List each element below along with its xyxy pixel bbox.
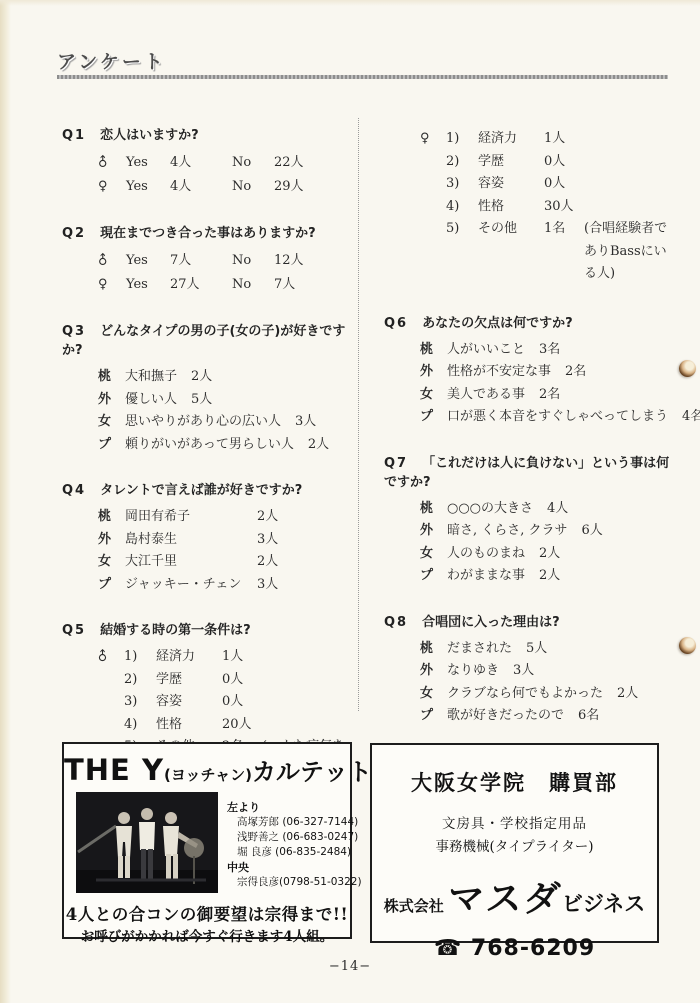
q7-heading: Q7「これだけは人に負けない」という事は何ですか? <box>384 452 672 490</box>
answer-text: なりゆき <box>447 663 499 678</box>
q5-female-item: 5)その他1名(合唱経験者でありBassにいる人) <box>384 218 672 286</box>
option-number: 1) <box>446 128 478 151</box>
answer-text: 優しい人 <box>125 392 177 407</box>
members-caption-center: 中央 <box>227 860 362 875</box>
yes-count: 7人 <box>170 249 232 273</box>
option-count: 1人 <box>222 646 258 669</box>
yes-label: Yes <box>126 249 170 273</box>
phone-icon: ☎ <box>434 936 462 961</box>
option-label: 経済力 <box>478 128 544 151</box>
spacer <box>98 669 124 692</box>
q4-text: タレントで言えば誰が好きですか? <box>100 483 302 498</box>
answer-text: だまされた <box>447 641 512 656</box>
answer-count: 3名 <box>539 342 560 357</box>
q3-answer-row: 桃大和撫子2人 <box>62 366 355 389</box>
group-tag: プ <box>420 406 447 429</box>
answer-count: 3人 <box>513 663 534 678</box>
answer-count: 2人 <box>539 546 560 561</box>
q7-text: 「これだけは人に負けない」という事は何ですか? <box>384 456 669 490</box>
option-count: 0人 <box>222 669 258 692</box>
spacer <box>98 691 124 714</box>
option-number: 2) <box>124 669 156 692</box>
page-number: −14− <box>0 959 700 974</box>
yes-label: Yes <box>126 273 170 297</box>
answer-count: 2人 <box>257 554 278 569</box>
answer-text: 思いやりがあり心の広い人 <box>125 414 281 429</box>
group-tag: 桃 <box>420 638 447 661</box>
answer-count: 2人 <box>191 369 212 384</box>
option-label: 経済力 <box>156 646 222 669</box>
answer-count: 6人 <box>582 523 603 538</box>
q7-label: Q7 <box>384 456 408 471</box>
q2-male-row: ♂Yes7人No12人 <box>62 249 355 273</box>
group-tag: 桃 <box>420 339 447 362</box>
title-underline <box>57 75 668 79</box>
question-q2: Q2現在までつき合った事はありますか? ♂Yes7人No12人 ♀Yes27人N… <box>62 222 355 297</box>
q5-male-item: 2)学歴0人 <box>62 669 355 692</box>
group-tag: 外 <box>98 529 125 552</box>
no-count: 12人 <box>274 253 304 268</box>
group-tag: プ <box>420 705 447 728</box>
q4-heading: Q4タレントで言えば誰が好きですか? <box>62 479 355 498</box>
quartet-members-list: 左より 高塚芳郎 (06-327-7144) 浅野善之 (06-683-0247… <box>227 792 362 893</box>
scan-edge-shadow-top <box>0 0 700 6</box>
answer-count: 2名 <box>539 387 560 402</box>
group-tag: 外 <box>420 361 447 384</box>
scan-edge-shadow-left <box>0 0 11 1003</box>
group-tag: 外 <box>420 660 447 683</box>
group-tag: プ <box>98 574 125 597</box>
q7-answer-row: 桃○○○の大きさ4人 <box>384 498 672 521</box>
brand-name: マスダ <box>446 871 564 922</box>
q6-answer-row: 外性格が不安定な事2名 <box>384 361 672 384</box>
q8-answer-row: プ歌が好きだったので6名 <box>384 705 672 728</box>
ad-masuda-title: 大阪女学院 購買部 <box>372 767 657 797</box>
answer-text: 口が悪く本音をすぐしゃべってしまう <box>447 409 668 424</box>
answer-text: 人のものまね <box>447 546 525 561</box>
brand-suffix: ビジネス <box>562 892 645 916</box>
group-tag: 桃 <box>420 498 447 521</box>
female-symbol-icon: ♀ <box>420 128 446 151</box>
group-tag: 桃 <box>98 366 125 389</box>
q3-heading: Q3どんなタイプの男の子(女の子)が好きですか? <box>62 320 355 358</box>
male-symbol-icon: ♂ <box>98 151 126 175</box>
q4-answer-row: プジャッキー・チェン3人 <box>62 574 355 597</box>
answer-text: ○○○の大きさ <box>447 501 533 516</box>
q8-answer-row: 桃だまされた5人 <box>384 638 672 661</box>
answer-text: 暗さ, くらさ, クラサ <box>447 523 568 538</box>
answer-count: 3人 <box>295 414 316 429</box>
option-number: 5) <box>446 218 478 286</box>
ad-masuda-sub1: 文房具・学校指定用品 <box>372 812 657 832</box>
q8-answer-row: 外なりゆき3人 <box>384 660 672 683</box>
member-entry: 高塚芳郎 (06-327-7144) <box>227 815 362 830</box>
spacer <box>420 173 446 196</box>
group-tag: 女 <box>98 551 125 574</box>
ad-masuda-business: 大阪女学院 購買部 文房具・学校指定用品 事務機械(タイプライター) 株式会社マ… <box>370 743 659 943</box>
q7-answer-row: プわがままな事2人 <box>384 565 672 588</box>
option-label: 容姿 <box>478 173 544 196</box>
answer-text: 性格が不安定な事 <box>447 364 551 379</box>
answer-text: わがままな事 <box>447 568 525 583</box>
answer-count: 5人 <box>191 392 212 407</box>
q1-female-row: ♀Yes4人No29人 <box>62 175 355 199</box>
answer-text: 大江千里 <box>125 551 257 574</box>
q4-answer-row: 外島村泰生3人 <box>62 529 355 552</box>
right-column: ♀1)経済力1人 2)学歴0人 3)容姿0人 4)性格30人 5)その他1名(合… <box>384 118 672 800</box>
q5-female-item: 4)性格30人 <box>384 196 672 219</box>
q3-answer-row: 女思いやりがあり心の広い人3人 <box>62 411 355 434</box>
quartet-photo-graphic <box>76 792 218 893</box>
q5-female-item: 2)学歴0人 <box>384 151 672 174</box>
option-count: 1名 <box>544 218 580 286</box>
punch-hole-artifact <box>679 360 696 377</box>
spacer <box>98 714 124 737</box>
ad-quartet-title-jp: カルテット <box>252 758 372 786</box>
answer-count: 3人 <box>257 577 278 592</box>
option-label: 容姿 <box>156 691 222 714</box>
answer-count: 5人 <box>526 641 547 656</box>
question-q4: Q4タレントで言えば誰が好きですか? 桃岡田有希子2人 外島村泰生3人 女大江千… <box>62 479 355 596</box>
answer-text: 人がいいこと <box>447 342 525 357</box>
no-label: No <box>232 175 274 199</box>
member-entry: 浅野善之 (06-683-0247) <box>227 830 362 845</box>
yes-label: Yes <box>126 175 170 199</box>
member-entry: 宗得良彦(0798-51-0322) <box>227 875 362 890</box>
group-tag: プ <box>98 434 125 457</box>
q1-text: 恋人はいますか? <box>100 128 199 143</box>
option-number: 4) <box>124 714 156 737</box>
no-count: 7人 <box>274 277 295 292</box>
q5-label: Q5 <box>62 623 86 638</box>
q8-label: Q8 <box>384 615 408 630</box>
spacer <box>420 196 446 219</box>
option-label: 学歴 <box>478 151 544 174</box>
no-count: 29人 <box>274 179 304 194</box>
q2-label: Q2 <box>62 226 86 241</box>
yes-count: 4人 <box>170 175 232 199</box>
q7-answer-row: 女人のものまね2人 <box>384 543 672 566</box>
group-tag: 桃 <box>98 506 125 529</box>
q2-text: 現在までつき合った事はありますか? <box>100 226 316 241</box>
answer-text: 大和撫子 <box>125 369 177 384</box>
option-label: 性格 <box>478 196 544 219</box>
answer-count: 4名 <box>682 409 700 424</box>
answer-count: 3人 <box>257 532 278 547</box>
group-tag: 外 <box>98 389 125 412</box>
q8-answer-row: 女クラブなら何でもよかった2人 <box>384 683 672 706</box>
members-caption-left: 左より <box>227 800 362 815</box>
answer-count: 2人 <box>539 568 560 583</box>
no-label: No <box>232 273 274 297</box>
q5-female-item: 3)容姿0人 <box>384 173 672 196</box>
option-number: 3) <box>446 173 478 196</box>
no-count: 22人 <box>274 155 304 170</box>
group-tag: 女 <box>420 683 447 706</box>
answer-count: 2人 <box>257 509 278 524</box>
answer-count: 2人 <box>308 437 329 452</box>
q1-label: Q1 <box>62 128 86 143</box>
punch-hole-artifact <box>679 637 696 654</box>
question-q3: Q3どんなタイプの男の子(女の子)が好きですか? 桃大和撫子2人 外優しい人5人… <box>62 320 355 456</box>
ad-quartet-slogan-1: 4人との合コンの御要望は宗得まで!! <box>64 901 350 925</box>
option-number: 2) <box>446 151 478 174</box>
member-entry: 堀 良彦 (06-835-2484) <box>227 845 362 860</box>
q5-heading: Q5結婚する時の第一条件は? <box>62 619 355 638</box>
question-q1: Q1恋人はいますか? ♂Yes4人No22人 ♀Yes4人No29人 <box>62 124 355 199</box>
left-column: Q1恋人はいますか? ♂Yes4人No22人 ♀Yes4人No29人 Q2現在ま… <box>62 118 355 804</box>
answer-text: 島村泰生 <box>125 529 257 552</box>
q2-heading: Q2現在までつき合った事はありますか? <box>62 222 355 241</box>
q7-answer-row: 外暗さ, くらさ, クラサ6人 <box>384 520 672 543</box>
q5-female-item: ♀1)経済力1人 <box>384 128 672 151</box>
ad-quartet-slogan-2: お呼びがかかれば今すぐ行きます4人組。 <box>64 925 350 945</box>
option-count: 0人 <box>222 691 258 714</box>
q1-heading: Q1恋人はいますか? <box>62 124 355 143</box>
question-q6: Q6あなたの欠点は何ですか? 桃人がいいこと3名 外性格が不安定な事2名 女美人… <box>384 312 672 429</box>
yes-count: 4人 <box>170 151 232 175</box>
answer-text: ジャッキー・チェン <box>125 574 257 597</box>
ad-quartet-title: THE Y(ヨッチャン)カルテット <box>64 752 350 787</box>
ad-masuda-sub2: 事務機械(タイプライター) <box>372 835 657 855</box>
q6-text: あなたの欠点は何ですか? <box>422 316 573 331</box>
answer-text: 岡田有希子 <box>125 506 257 529</box>
female-symbol-icon: ♀ <box>98 175 126 199</box>
q5-male-item: 4)性格20人 <box>62 714 355 737</box>
q5-female-section: ♀1)経済力1人 2)学歴0人 3)容姿0人 4)性格30人 5)その他1名(合… <box>384 128 672 286</box>
q6-label: Q6 <box>384 316 408 331</box>
question-q8: Q8合唱団に入った理由は? 桃だまされた5人 外なりゆき3人 女クラブなら何でも… <box>384 611 672 728</box>
no-label: No <box>232 249 274 273</box>
female-symbol-icon: ♀ <box>98 273 126 297</box>
option-label: 学歴 <box>156 669 222 692</box>
option-number: 3) <box>124 691 156 714</box>
option-count: 0人 <box>544 173 580 196</box>
q5-text: 結婚する時の第一条件は? <box>100 623 251 638</box>
scanned-survey-page: アンケート Q1恋人はいますか? ♂Yes4人No22人 ♀Yes4人No29人… <box>0 0 700 1003</box>
yes-count: 27人 <box>170 273 232 297</box>
q4-label: Q4 <box>62 483 86 498</box>
ad-quartet-title-paren: (ヨッチャン) <box>164 766 252 784</box>
q3-label: Q3 <box>62 324 86 339</box>
yes-label: Yes <box>126 151 170 175</box>
q8-text: 合唱団に入った理由は? <box>422 615 560 630</box>
page-title: アンケート <box>57 47 166 74</box>
option-number: 1) <box>124 646 156 669</box>
answer-count: 2名 <box>565 364 586 379</box>
answer-text: 頼りがいがあって男らしい人 <box>125 437 294 452</box>
group-tag: 外 <box>420 520 447 543</box>
company-prefix: 株式会社 <box>384 897 444 915</box>
answer-text: 美人である事 <box>447 387 525 402</box>
q4-answer-row: 桃岡田有希子2人 <box>62 506 355 529</box>
spacer <box>420 218 446 286</box>
q6-heading: Q6あなたの欠点は何ですか? <box>384 312 672 331</box>
q5-male-item: ♂1)経済力1人 <box>62 646 355 669</box>
q3-text: どんなタイプの男の子(女の子)が好きですか? <box>62 324 345 358</box>
male-symbol-icon: ♂ <box>98 646 124 669</box>
answer-count: 2人 <box>617 686 638 701</box>
no-label: No <box>232 151 274 175</box>
q1-male-row: ♂Yes4人No22人 <box>62 151 355 175</box>
q5-male-item: 3)容姿0人 <box>62 691 355 714</box>
phone-number: 768-6209 <box>471 936 595 961</box>
answer-count: 6名 <box>578 708 599 723</box>
ad-masuda-phone: ☎ 768-6209 <box>372 936 657 961</box>
q6-answer-row: プ口が悪く本音をすぐしゃべってしまう4名 <box>384 406 672 429</box>
option-count: 30人 <box>544 196 580 219</box>
q2-female-row: ♀Yes27人No7人 <box>62 273 355 297</box>
option-count: 20人 <box>222 714 258 737</box>
option-note: (合唱経験者でありBassにいる人) <box>584 218 672 286</box>
option-count: 0人 <box>544 151 580 174</box>
option-label: 性格 <box>156 714 222 737</box>
column-divider <box>358 118 359 711</box>
q6-answer-row: 桃人がいいこと3名 <box>384 339 672 362</box>
quartet-photo <box>76 792 218 893</box>
spacer <box>420 151 446 174</box>
option-label: その他 <box>478 218 544 286</box>
answer-count: 4人 <box>547 501 568 516</box>
q3-answer-row: プ頼りがいがあって男らしい人2人 <box>62 434 355 457</box>
q3-answer-row: 外優しい人5人 <box>62 389 355 412</box>
q6-answer-row: 女美人である事2名 <box>384 384 672 407</box>
option-count: 1人 <box>544 128 580 151</box>
ad-quartet-title-en: THE Y <box>64 753 164 787</box>
q4-answer-row: 女大江千里2人 <box>62 551 355 574</box>
group-tag: 女 <box>420 543 447 566</box>
option-number: 4) <box>446 196 478 219</box>
ad-masuda-brand: 株式会社マスダビジネス <box>372 871 657 922</box>
group-tag: プ <box>420 565 447 588</box>
ad-quartet-body: 左より 高塚芳郎 (06-327-7144) 浅野善之 (06-683-0247… <box>76 792 342 893</box>
answer-text: クラブなら何でもよかった <box>447 686 603 701</box>
q8-heading: Q8合唱団に入った理由は? <box>384 611 672 630</box>
ad-quartet: THE Y(ヨッチャン)カルテット <box>62 742 352 939</box>
answer-text: 歌が好きだったので <box>447 708 564 723</box>
group-tag: 女 <box>420 384 447 407</box>
male-symbol-icon: ♂ <box>98 249 126 273</box>
question-q7: Q7「これだけは人に負けない」という事は何ですか? 桃○○○の大きさ4人 外暗さ… <box>384 452 672 588</box>
group-tag: 女 <box>98 411 125 434</box>
